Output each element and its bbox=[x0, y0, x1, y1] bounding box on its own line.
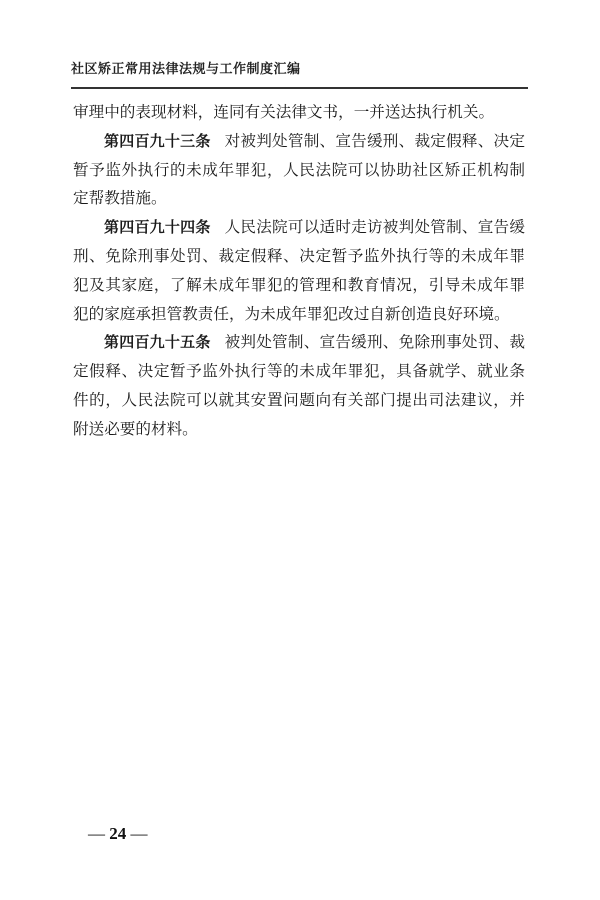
article-number: 第四百九十五条 bbox=[104, 333, 211, 351]
book-title: 社区矫正常用法律法规与工作制度汇编 bbox=[71, 60, 528, 80]
article-number: 第四百九十三条 bbox=[104, 132, 211, 150]
page-number: 24 bbox=[109, 824, 126, 843]
page-footer: — 24 — bbox=[88, 824, 148, 844]
running-header: 社区矫正常用法律法规与工作制度汇编 bbox=[71, 60, 528, 80]
paragraph-continuation: 审理中的表现材料，连同有关法律文书，一并送达执行机关。 bbox=[73, 98, 525, 127]
footer-dash-left: — bbox=[88, 824, 105, 843]
header-divider bbox=[71, 87, 528, 89]
article-number: 第四百九十四条 bbox=[104, 218, 211, 236]
article-494: 第四百九十四条人民法院可以适时走访被判处管制、宣告缓刑、免除刑事处罚、裁定假释、… bbox=[73, 213, 525, 328]
paragraph-text: 审理中的表现材料，连同有关法律文书，一并送达执行机关。 bbox=[73, 103, 494, 121]
article-495: 第四百九十五条被判处管制、宣告缓刑、免除刑事处罚、裁定假释、决定暂予监外执行等的… bbox=[73, 328, 525, 443]
footer-dash-right: — bbox=[131, 824, 148, 843]
page-body: 审理中的表现材料，连同有关法律文书，一并送达执行机关。 第四百九十三条对被判处管… bbox=[73, 98, 525, 444]
article-493: 第四百九十三条对被判处管制、宣告缓刑、裁定假释、决定暂予监外执行的未成年罪犯，人… bbox=[73, 127, 525, 213]
